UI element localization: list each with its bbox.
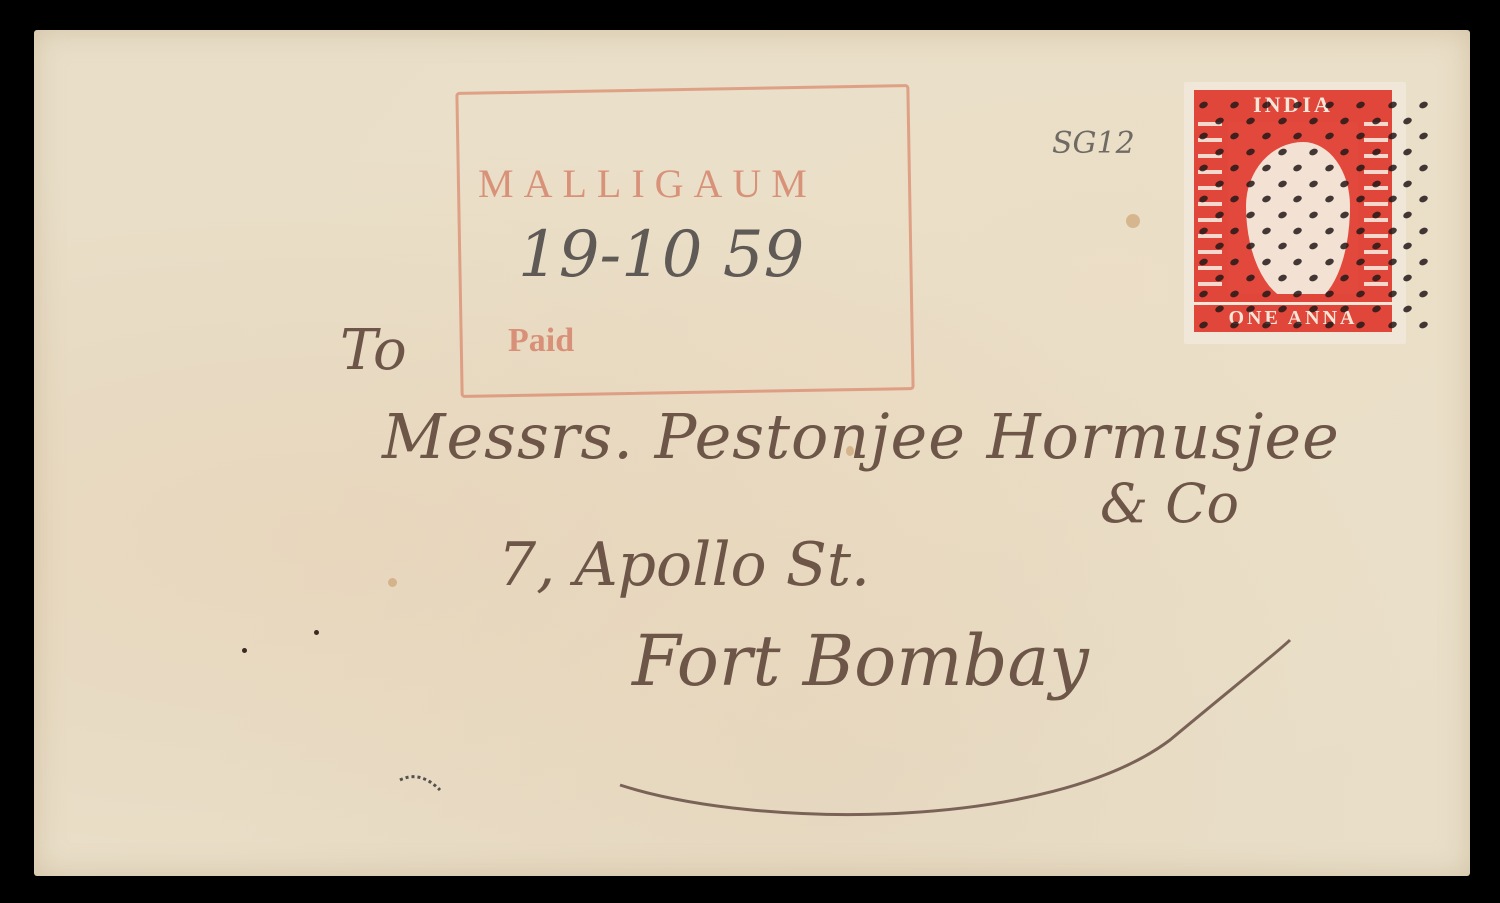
manuscript-date: 19-10 59 <box>518 218 804 292</box>
manuscript-city: Fort Bombay <box>632 620 1089 702</box>
foxing-spot <box>1126 214 1140 228</box>
manuscript-to: To <box>340 318 407 383</box>
stamp-portrait-panel <box>1228 122 1358 294</box>
ink-dot <box>242 648 247 653</box>
pencil-catalogue-note: SG12 <box>1052 126 1135 161</box>
manuscript-company-suffix: & Co <box>1100 472 1239 535</box>
postage-stamp: INDIA ONE ANNA <box>1184 82 1406 344</box>
manuscript-street: 7, Apollo St. <box>498 530 870 600</box>
ink-dot <box>314 630 319 635</box>
manuscript-addressee: Messrs. Pestonjee Hormusjee <box>382 400 1340 473</box>
handstamp-paid: Paid <box>508 322 574 360</box>
foxing-spot <box>388 578 397 587</box>
handstamp-town: MALLIGAUM <box>478 160 817 207</box>
